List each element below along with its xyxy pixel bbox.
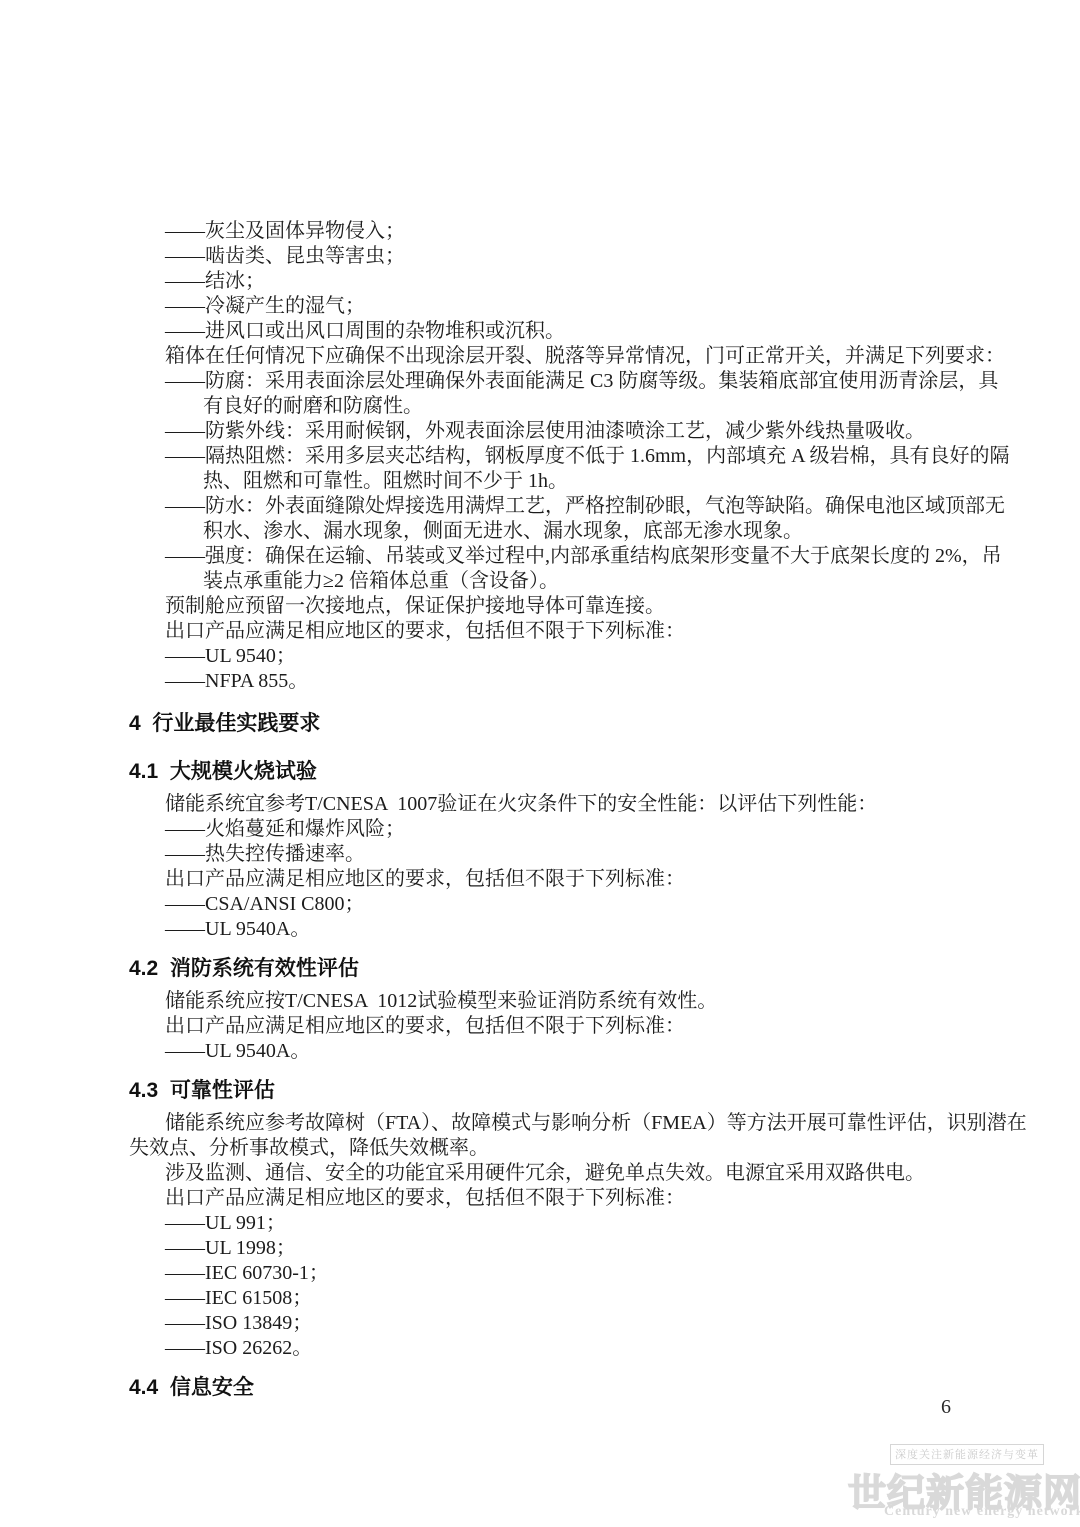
doc-line: ——进风口或出风口周围的杂物堆积或沉积。	[129, 319, 1029, 344]
doc-line: 出口产品应满足相应地区的要求，包括但不限于下列标准：	[129, 619, 1029, 644]
document-body: ——灰尘及固体异物侵入；——啮齿类、昆虫等害虫；——结冰；——冷凝产生的湿气；—…	[129, 219, 1029, 1400]
doc-line: ——啮齿类、昆虫等害虫；	[129, 244, 1029, 269]
subsection-heading: 4.3 可靠性评估	[129, 1078, 1029, 1103]
doc-line: 热、阻燃和可靠性。阻燃时间不少于 1h。	[129, 469, 1029, 494]
doc-line: ——防腐：采用表面涂层处理确保外表面能满足 C3 防腐等级。集装箱底部宜使用沥青…	[129, 369, 1029, 394]
doc-line: ——灰尘及固体异物侵入；	[129, 219, 1029, 244]
doc-line: ——NFPA 855。	[129, 669, 1029, 694]
doc-line: 出口产品应满足相应地区的要求，包括但不限于下列标准：	[129, 867, 1029, 892]
subsection-heading: 4.4 信息安全	[129, 1375, 1029, 1400]
doc-line: ——IEC 61508；	[129, 1286, 1029, 1311]
page-number: 6	[941, 1396, 951, 1419]
watermark-brand-english: Century new energy network	[884, 1504, 1080, 1520]
doc-line: 积水、渗水、漏水现象，侧面无进水、漏水现象，底部无渗水现象。	[129, 519, 1029, 544]
doc-line: ——UL 1998；	[129, 1236, 1029, 1261]
doc-line: ——IEC 60730-1；	[129, 1261, 1029, 1286]
doc-line: ——火焰蔓延和爆炸风险；	[129, 817, 1029, 842]
doc-line: ——CSA/ANSI C800；	[129, 892, 1029, 917]
doc-line: 出口产品应满足相应地区的要求，包括但不限于下列标准：	[129, 1186, 1029, 1211]
doc-line: 失效点、分析事故模式，降低失效概率。	[129, 1136, 1029, 1161]
doc-line: 出口产品应满足相应地区的要求，包括但不限于下列标准：	[129, 1014, 1029, 1039]
section-heading: 4 行业最佳实践要求	[129, 711, 1029, 736]
doc-line: ——冷凝产生的湿气；	[129, 294, 1029, 319]
doc-line: ——防紫外线：采用耐候钢，外观表面涂层使用油漆喷涂工艺，减少紫外线热量吸收。	[129, 419, 1029, 444]
subsection-heading: 4.1 大规模火烧试验	[129, 759, 1029, 784]
doc-line: 储能系统应按T/CNESA 1012试验模型来验证消防系统有效性。	[129, 989, 1029, 1014]
doc-line: ——结冰；	[129, 269, 1029, 294]
doc-line: 储能系统应参考故障树（FTA）、故障模式与影响分析（FMEA）等方法开展可靠性评…	[129, 1111, 1029, 1136]
doc-line: 涉及监测、通信、安全的功能宜采用硬件冗余，避免单点失效。电源宜采用双路供电。	[129, 1161, 1029, 1186]
doc-line: ——UL 9540A。	[129, 1039, 1029, 1064]
doc-line: 储能系统宜参考T/CNESA 1007验证在火灾条件下的安全性能：以评估下列性能…	[129, 792, 1029, 817]
doc-line: ——热失控传播速率。	[129, 842, 1029, 867]
doc-line: ——防水：外表面缝隙处焊接选用满焊工艺，严格控制砂眼，气泡等缺陷。确保电池区域顶…	[129, 494, 1029, 519]
doc-line: 装点承重能力≥2 倍箱体总重（含设备）。	[129, 569, 1029, 594]
doc-line: ——隔热阻燃：采用多层夹芯结构，钢板厚度不低于 1.6mm，内部填充 A 级岩棉…	[129, 444, 1029, 469]
doc-line: ——强度：确保在运输、吊装或叉举过程中,内部承重结构底架形变量不大于底架长度的 …	[129, 544, 1029, 569]
doc-line: ——ISO 13849；	[129, 1311, 1029, 1336]
doc-line: 预制舱应预留一次接地点，保证保护接地导体可靠连接。	[129, 594, 1029, 619]
doc-line: ——UL 991；	[129, 1211, 1029, 1236]
doc-line: ——UL 9540A。	[129, 917, 1029, 942]
subsection-heading: 4.2 消防系统有效性评估	[129, 956, 1029, 981]
doc-line: 箱体在任何情况下应确保不出现涂层开裂、脱落等异常情况，门可正常开关，并满足下列要…	[129, 344, 1029, 369]
doc-line: 有良好的耐磨和防腐性。	[129, 394, 1029, 419]
doc-line: ——UL 9540；	[129, 644, 1029, 669]
doc-line: ——ISO 26262。	[129, 1336, 1029, 1361]
